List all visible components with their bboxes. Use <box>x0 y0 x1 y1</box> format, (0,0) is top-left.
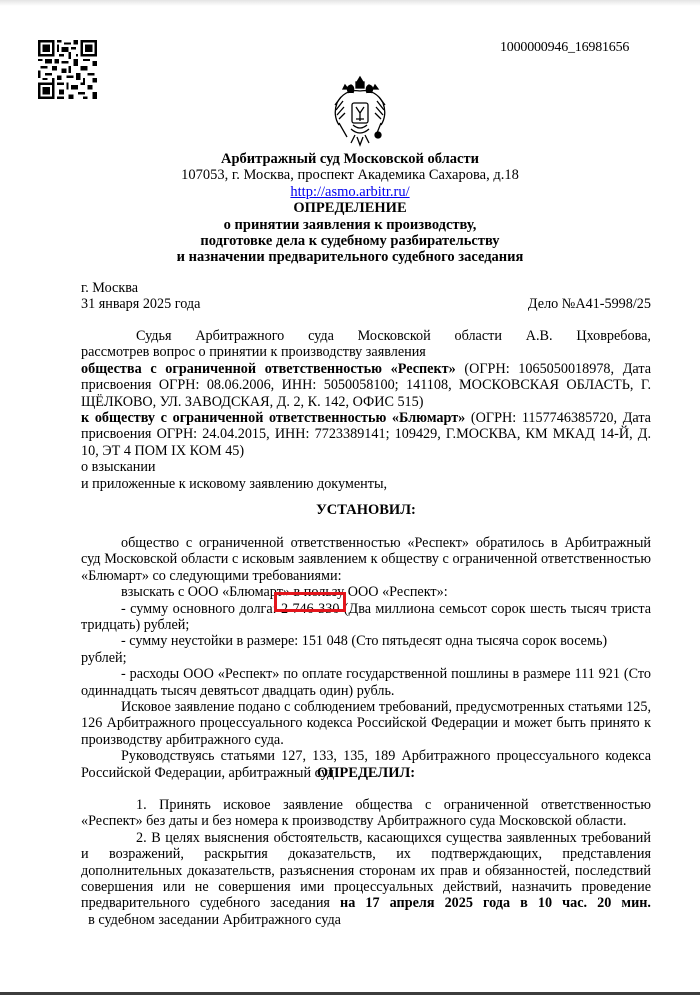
document-city: г. Москва <box>81 280 651 296</box>
case-number: Дело №А41-5998/25 <box>528 296 651 312</box>
place-date-block: г. Москва 31 января 2025 года Дело №А41-… <box>81 280 651 313</box>
attachments-line: и приложенные к исковому заявлению докум… <box>81 476 651 492</box>
document-header: Арбитражный суд Московской области 10705… <box>0 151 700 266</box>
qr-code-icon <box>38 40 97 99</box>
coat-of-arms-icon <box>329 73 391 149</box>
claim-debt: - сумму основного долга: 2 746 330 (Два … <box>81 601 651 634</box>
claim-subject: о взыскании <box>81 459 651 475</box>
viewer-top-shadow <box>0 0 700 6</box>
decided-block: 1. Принять исковое заявление общества с … <box>81 797 651 928</box>
decision-item-2: 2. В целях выяснения обстоятельств, каса… <box>81 830 651 928</box>
established-block: общество с ограниченной ответственностью… <box>81 535 651 781</box>
court-address: 107053, г. Москва, проспект Академика Са… <box>0 167 700 183</box>
hearing-datetime: на 17 апреля 2025 года в 10 час. 20 мин. <box>340 895 651 911</box>
plaintiff-paragraph: общества с ограниченной ответственностью… <box>81 361 651 410</box>
defendant-paragraph: к обществу с ограниченной ответственност… <box>81 410 651 459</box>
document-id: 1000000946_16981656 <box>500 40 629 56</box>
document-date: 31 января 2025 года <box>81 296 200 312</box>
established-paragraph-1: общество с ограниченной ответственностью… <box>81 535 651 584</box>
decision-item-2-tail: в судебном заседании Арбитражного суда <box>81 912 341 928</box>
intro-block: Судья Арбитражного суда Московской облас… <box>81 328 651 492</box>
document-type: ОПРЕДЕЛЕНИЕ <box>0 200 700 216</box>
court-website-link[interactable]: http://asmo.arbitr.ru/ <box>290 184 409 200</box>
claim-intro: взыскать с ООО «Блюмарт» в пользу ООО «Р… <box>81 584 651 600</box>
claim-penalty: - сумму неустойки в размере: 151 048 (Ст… <box>81 633 651 666</box>
judge-name: Цховребова, <box>576 328 651 344</box>
claim-fee: - расходы ООО «Респект» по оплате госуда… <box>81 666 651 699</box>
debt-amount-highlight <box>274 592 346 612</box>
claim-debt-label: - сумму основного долга: <box>121 601 281 617</box>
intro-word: области <box>455 328 502 344</box>
intro-word: Московской <box>358 328 431 344</box>
document-subtitle-line-1: о принятии заявления к производству, <box>0 217 700 233</box>
consideration-line: рассмотрев вопрос о принятии к производс… <box>81 344 651 360</box>
decision-item-1: 1. Принять исковое заявление общества с … <box>81 797 651 830</box>
decided-heading: ОПРЕДЕЛИЛ: <box>81 765 651 781</box>
intro-word: Арбитражного <box>195 328 284 344</box>
judge-line: Судья Арбитражного суда Московской облас… <box>81 328 651 344</box>
court-name: Арбитражный суд Московской области <box>0 151 700 167</box>
defendant-name: к обществу с ограниченной ответственност… <box>81 410 465 426</box>
document-subtitle-line-2: подготовке дела к судебному разбирательс… <box>0 233 700 249</box>
intro-word: суда <box>308 328 334 344</box>
plaintiff-name: общества с ограниченной ответственностью… <box>81 361 456 377</box>
intro-word: А.В. <box>526 328 553 344</box>
established-heading: УСТАНОВИЛ: <box>81 502 651 518</box>
intro-word: Судья <box>136 328 172 344</box>
established-paragraph-2: Исковое заявление подано с соблюдением т… <box>81 699 651 748</box>
document-subtitle-line-3: и назначении предварительного судебного … <box>0 249 700 265</box>
